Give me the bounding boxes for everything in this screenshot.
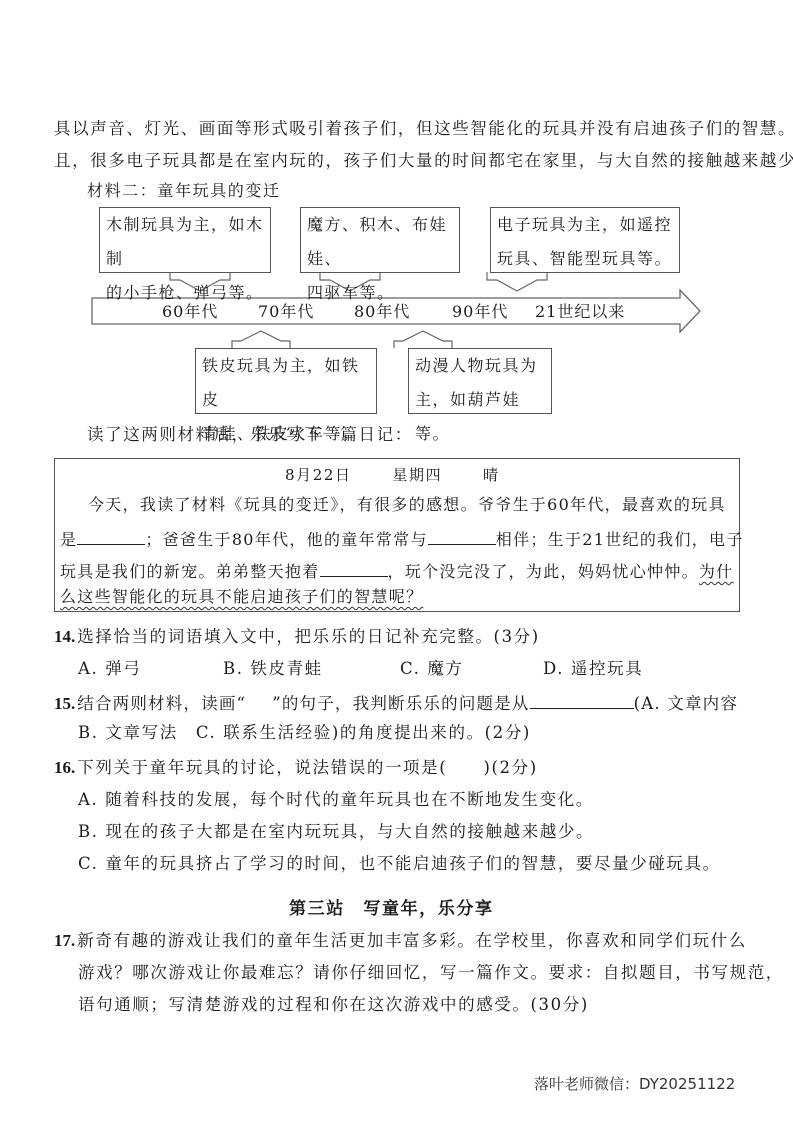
box-text: 魔方、积木、布娃娃、 [307,208,453,276]
wavy-line-sample: ​ [246,693,272,715]
timeline-label-70s: 70年代 [258,301,314,323]
fill-blank-2[interactable] [428,526,496,545]
timeline-label-80s: 80年代 [354,301,410,323]
diary-line-2: 是；爸爸生于80年代，他的童年常常与相伴；生于21世纪的我们，电子 [60,526,744,551]
toy-box-60s: 木制玩具为主，如木制 的小手枪、弹弓等。 [99,207,271,273]
question-text: 新奇有趣的游戏让我们的童年生活更加丰富多彩。在学校里，你喜欢和同学们玩什么 [77,931,747,950]
question-14: 14.选择恰当的词语填入文中，把乐乐的日记补充完整。(3分) [54,626,540,648]
question-text: 选择恰当的词语填入文中，把乐乐的日记补充完整。(3分) [77,627,540,646]
up-arrow-icon [232,331,290,348]
question-16: 16.下列关于童年玩具的讨论，说法错误的一项是( )(2分) [54,757,538,779]
box-text: 动漫人物玩具为 [415,349,545,383]
fill-blank-q15[interactable] [530,690,634,709]
box-text: 铁皮玩具为主，如铁皮 [202,349,370,417]
diary-text: 是 [60,530,77,549]
diary-weekday: 星期四 [392,466,442,484]
box-text: 主，如葫芦娃等。 [415,383,545,451]
question-number: 16. [54,758,75,777]
toy-box-90s: 动漫人物玩具为 主，如葫芦娃等。 [408,348,552,414]
wavy-underlined-question: 为什 [699,562,734,581]
q14-option-d[interactable]: D. 遥控玩具 [543,658,643,680]
diary-date: 8月22日 [285,466,352,484]
box-text: 玩具、智能型玩具等。 [497,242,673,276]
diary-header: 8月22日 星期四 晴 [285,464,500,486]
diary-text: 相伴；生于21世纪的我们，电子 [496,530,744,549]
fill-blank-3[interactable] [320,558,388,577]
question-number: 14. [54,627,75,646]
q15-line-2: B. 文章写法 C. 联系生活经验)的角度提出来的。(2分) [78,722,531,744]
fill-blank-1[interactable] [77,526,145,545]
timeline-label-60s: 60年代 [162,301,218,323]
question-number: 15. [54,694,75,713]
box-text: 电子玩具为主，如遥控 [497,208,673,242]
q16-option-c[interactable]: C. 童年的玩具挤占了学习的时间，也不能启迪孩子们的智慧，要尽量少碰玩具。 [78,853,721,875]
question-text: 结合两则材料，读画“ [77,694,246,713]
toy-box-21st: 电子玩具为主，如遥控 玩具、智能型玩具等。 [490,207,680,273]
question-17: 17.新奇有趣的游戏让我们的童年生活更加丰富多彩。在学校里，你喜欢和同学们玩什么 [54,930,747,952]
section-three-title: 第三站 写童年，乐分享 [289,898,494,920]
wavy-underlined-question: 么这些智能化的玩具不能启迪孩子们的智慧呢？ [60,587,423,606]
up-arrow-icon [394,331,452,348]
q14-option-a[interactable]: A. 弹弓 [78,658,141,680]
timeline-label-90s: 90年代 [452,301,508,323]
question-number: 17. [54,931,75,950]
diary-line-1: 今天，我读了材料《玩具的变迁》，有很多的感想。爷爷生于60年代，最喜欢的玩具 [88,494,726,516]
diary-text: ；爸爸生于80年代，他的童年常常与 [145,530,427,549]
q14-option-c[interactable]: C. 魔方 [400,658,464,680]
question-15: 15.结合两则材料，读画“​”的句子，我判断乐乐的问题是从(A. 文章内容 [54,690,738,715]
q17-line-2: 游戏？哪次游戏让你最难忘？请你仔细回忆，写一篇作文。要求：自拟题目，书写规范， [78,962,784,984]
box-text: 木制玩具为主，如木制 [106,208,264,276]
timeline-label-21st: 21世纪以来 [535,301,625,323]
q16-option-a[interactable]: A. 随着科技的发展，每个时代的童年玩具也在不断地发生变化。 [78,789,594,811]
diary-weather: 晴 [483,466,500,484]
question-text: ”的句子，我判断乐乐的问题是从 [272,694,529,713]
diary-text: ，玩个没完没了，为此，妈妈忧心忡忡。 [388,562,699,581]
question-text: (A. 文章内容 [634,694,738,713]
q14-option-b[interactable]: B. 铁皮青蛙 [223,658,323,680]
q17-line-3: 语句通顺；写清楚游戏的过程和你在这次游戏中的感受。(30分) [78,994,589,1016]
footer-watermark: 落叶老师微信：DY20251122 [534,1073,735,1094]
diary-text: 玩具是我们的新宠。弟弟整天抱着 [60,562,320,581]
diary-intro: 读了这两则材料后，乐乐写下一篇日记： [87,424,413,446]
diary-line-4: 么这些智能化的玩具不能启迪孩子们的智慧呢？ [60,586,423,608]
toy-box-70s: 铁皮玩具为主，如铁皮 青蛙、铁皮火车等。 [195,348,377,414]
toy-box-80s: 魔方、积木、布娃娃、 四驱车等。 [300,207,460,273]
q16-option-b[interactable]: B. 现在的孩子大都是在室内玩玩具，与大自然的接触越来越少。 [78,821,594,843]
question-text: 下列关于童年玩具的讨论，说法错误的一项是( )(2分) [77,758,538,777]
diary-line-3: 玩具是我们的新宠。弟弟整天抱着，玩个没完没了，为此，妈妈忧心忡忡。为什 [60,558,734,583]
